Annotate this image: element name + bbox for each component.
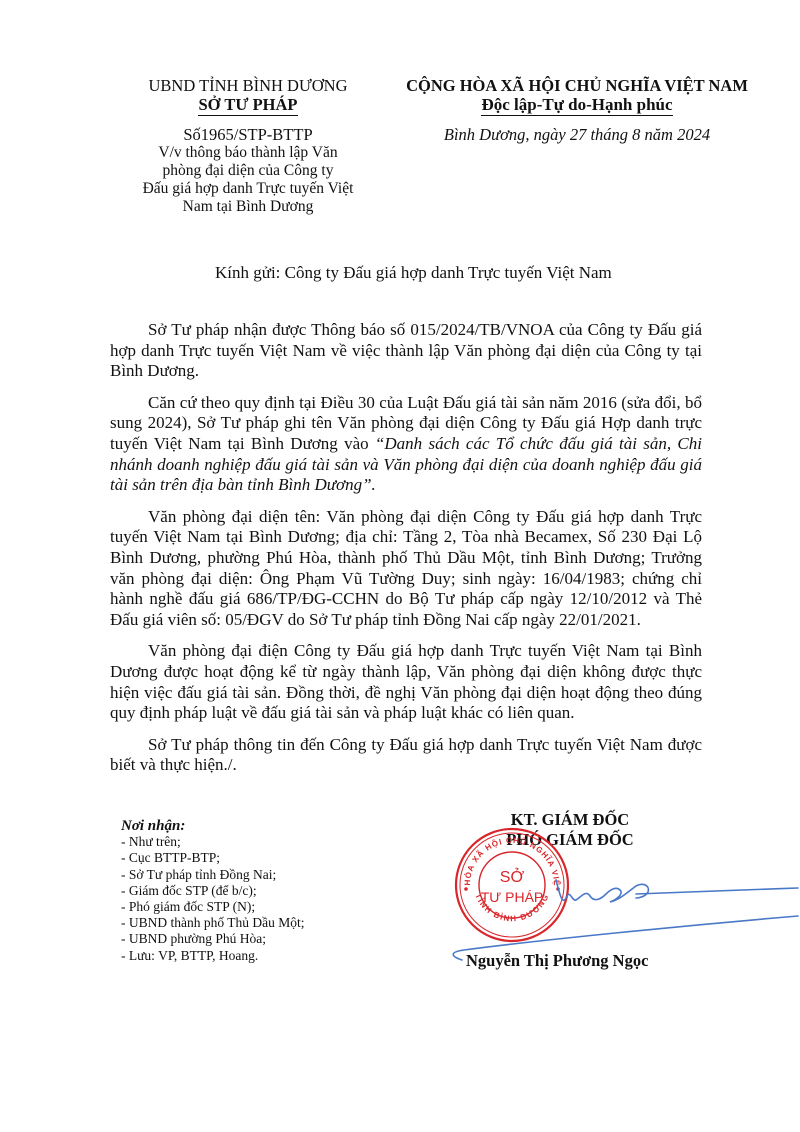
paragraph: Căn cứ theo quy định tại Điều 30 của Luậ… (110, 393, 702, 496)
document-number: Số1965/STP-BTTP (118, 125, 378, 144)
nation-title: CỘNG HÒA XÃ HỘI CHỦ NGHĨA VIỆT NAM (372, 76, 782, 95)
recipient-item: - Như trên; (121, 834, 305, 850)
recipient-item: - Cục BTTP-BTP; (121, 850, 305, 866)
recipient-item: - Giám đốc STP (để b/c); (121, 883, 305, 899)
issuer-dept: SỞ TƯ PHÁP (198, 96, 297, 116)
subject-line: Nam tại Bình Dương (118, 198, 378, 216)
paragraph: Sở Tư pháp thông tin đến Công ty Đấu giá… (110, 735, 702, 776)
recipients-list: Nơi nhận: - Như trên; - Cục BTTP-BTP; - … (121, 818, 305, 964)
issuer-org: UBND TỈNH BÌNH DƯƠNG (118, 76, 378, 95)
salutation: Kính gửi: Công ty Đấu giá hợp danh Trực … (215, 263, 612, 283)
document-date: Bình Dương, ngày 27 tháng 8 năm 2024 (372, 125, 782, 144)
subject-line: Đấu giá hợp danh Trực tuyến Việt (118, 180, 378, 198)
national-header: CỘNG HÒA XÃ HỘI CHỦ NGHĨA VIỆT NAM Độc l… (372, 76, 782, 144)
recipient-item: - UBND thành phố Thủ Dầu Một; (121, 915, 305, 931)
paragraph: Văn phòng đại điện Công ty Đấu giá hợp d… (110, 641, 702, 723)
paragraph: Sở Tư pháp nhận được Thông báo số 015/20… (110, 320, 702, 382)
recipient-item: - Lưu: VP, BTTP, Hoang. (121, 948, 305, 964)
document-subject: V/v thông báo thành lập Văn phòng đại di… (118, 144, 378, 216)
recipient-item: - Phó giám đốc STP (N); (121, 899, 305, 915)
signer-name: Nguyễn Thị Phương Ngọc (466, 951, 648, 971)
recipient-item: - Sở Tư pháp tỉnh Đồng Nai; (121, 867, 305, 883)
document-body: Sở Tư pháp nhận được Thông báo số 015/20… (110, 320, 702, 787)
issuer-header: UBND TỈNH BÌNH DƯƠNG SỞ TƯ PHÁP Số1965/S… (118, 76, 378, 216)
national-motto: Độc lập-Tự do-Hạnh phúc (481, 96, 672, 116)
subject-line: phòng đại diện của Công ty (118, 162, 378, 180)
paragraph: Văn phòng đại diện tên: Văn phòng đại di… (110, 507, 702, 631)
recipients-title: Nơi nhận: (121, 818, 305, 834)
subject-line: V/v thông báo thành lập Văn (118, 144, 378, 162)
recipient-item: - UBND phường Phú Hòa; (121, 931, 305, 947)
